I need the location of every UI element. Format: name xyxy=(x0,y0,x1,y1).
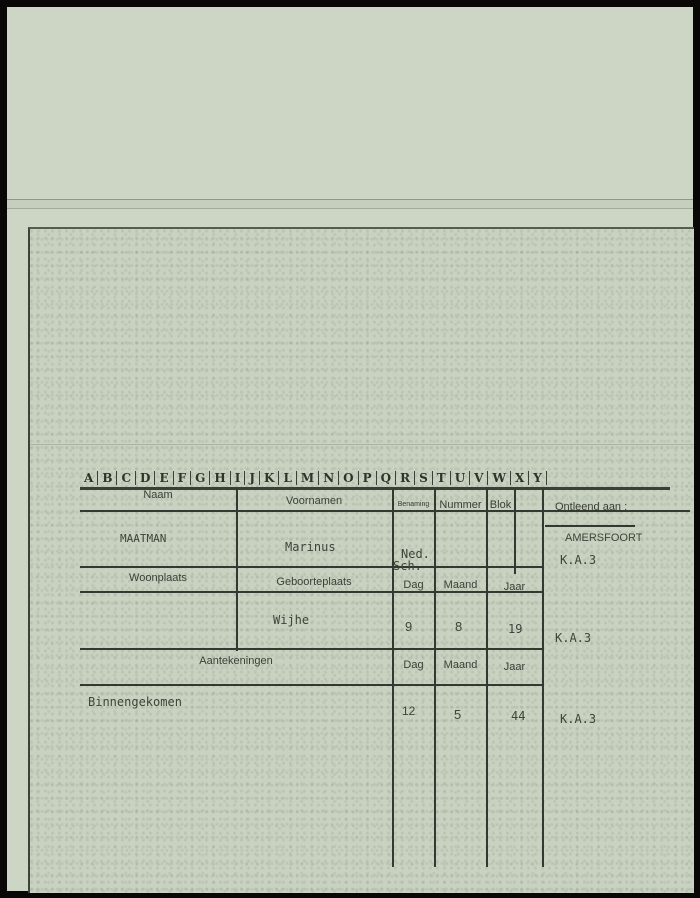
col-divider xyxy=(542,489,544,867)
registration-card: ABCDEFGHIJKLMNOPQRSTUVWXY Naam Voornamen… xyxy=(28,227,694,893)
value-aantekening-dag: 12 xyxy=(402,704,415,718)
col-divider xyxy=(486,489,488,867)
row-divider xyxy=(80,684,544,686)
label-dag: Dag xyxy=(393,579,434,591)
card-fold-crease xyxy=(30,444,694,445)
col-divider xyxy=(514,489,516,574)
alphabet-tab-u: U xyxy=(451,471,470,485)
label-naam: Naam xyxy=(80,489,236,501)
label-benaming: Benaming xyxy=(393,501,434,508)
alphabet-tab-m: M xyxy=(297,471,319,485)
value-geboorteplaats: Wijhe xyxy=(273,613,309,627)
alphabet-tab-l: L xyxy=(279,471,296,485)
label-ontleend-aan: Ontleend aan : xyxy=(555,501,665,513)
alphabet-tab-q: Q xyxy=(377,471,396,485)
alphabet-tab-b: B xyxy=(98,471,117,485)
alphabet-tab-j: J xyxy=(245,471,260,485)
row-divider xyxy=(80,648,544,650)
alphabet-tab-y: Y xyxy=(529,471,547,485)
value-geboorte-dag: 9 xyxy=(405,619,412,634)
page-fold-line xyxy=(7,199,693,209)
alphabet-tab-d: D xyxy=(136,471,155,485)
alphabet-tab-c: C xyxy=(117,471,136,485)
alphabet-tab-t: T xyxy=(433,471,451,485)
ontleend-divider xyxy=(545,525,635,527)
alphabet-tab-n: N xyxy=(319,471,339,485)
alphabet-tab-r: R xyxy=(396,471,415,485)
label-voornamen: Voornamen xyxy=(236,495,392,507)
label-maand-2: Maand xyxy=(435,659,486,671)
label-jaar-2: Jaar xyxy=(487,661,542,673)
value-naam: MAATMAN xyxy=(120,532,166,545)
alphabet-tab-o: O xyxy=(339,471,358,485)
alphabet-tab-p: P xyxy=(359,471,377,485)
value-ontleend-ref-3: K.A.3 xyxy=(560,712,596,726)
value-voornamen: Marinus xyxy=(285,540,336,554)
col-divider xyxy=(236,489,238,651)
alphabet-tab-x: X xyxy=(511,471,529,485)
alphabet-tab-s: S xyxy=(415,471,433,485)
alphabet-tab-g: G xyxy=(191,471,210,485)
value-aantekening-maand: 5 xyxy=(454,707,461,722)
label-maand: Maand xyxy=(435,579,486,591)
alphabet-tab-v: V xyxy=(470,471,488,485)
value-benaming-line2: Sch. xyxy=(393,559,422,573)
value-geboorte-jaar: 19 xyxy=(508,622,522,636)
value-ontleend-ref-1: K.A.3 xyxy=(560,553,596,567)
label-geboorteplaats: Geboorteplaats xyxy=(236,576,392,588)
alphabet-tab-e: E xyxy=(155,471,173,485)
label-jaar: Jaar xyxy=(487,581,542,593)
label-blok: Blok xyxy=(487,499,514,511)
value-ontleend-place: AMERSFOORT xyxy=(565,532,642,544)
alphabet-tab-i: I xyxy=(231,471,246,485)
col-divider xyxy=(434,489,436,867)
col-divider xyxy=(392,489,394,867)
row-divider xyxy=(80,591,544,593)
value-aantekening-jaar: 44 xyxy=(511,709,525,723)
alphabet-tab-w: W xyxy=(488,471,510,485)
label-aantekeningen: Aantekeningen xyxy=(80,655,392,667)
alphabet-tab-h: H xyxy=(210,471,230,485)
alphabet-index-strip: ABCDEFGHIJKLMNOPQRSTUVWXY xyxy=(80,469,670,490)
alphabet-tab-k: K xyxy=(260,471,279,485)
label-nummer: Nummer xyxy=(435,499,486,511)
value-geboorte-maand: 8 xyxy=(455,619,462,634)
label-woonplaats: Woonplaats xyxy=(80,572,236,584)
label-dag-2: Dag xyxy=(393,659,434,671)
alphabet-tab-a: A xyxy=(80,471,98,485)
row-divider xyxy=(80,566,544,568)
value-ontleend-ref-2: K.A.3 xyxy=(555,631,591,645)
alphabet-tab-f: F xyxy=(174,471,192,485)
value-aantekening: Binnengekomen xyxy=(88,695,182,709)
